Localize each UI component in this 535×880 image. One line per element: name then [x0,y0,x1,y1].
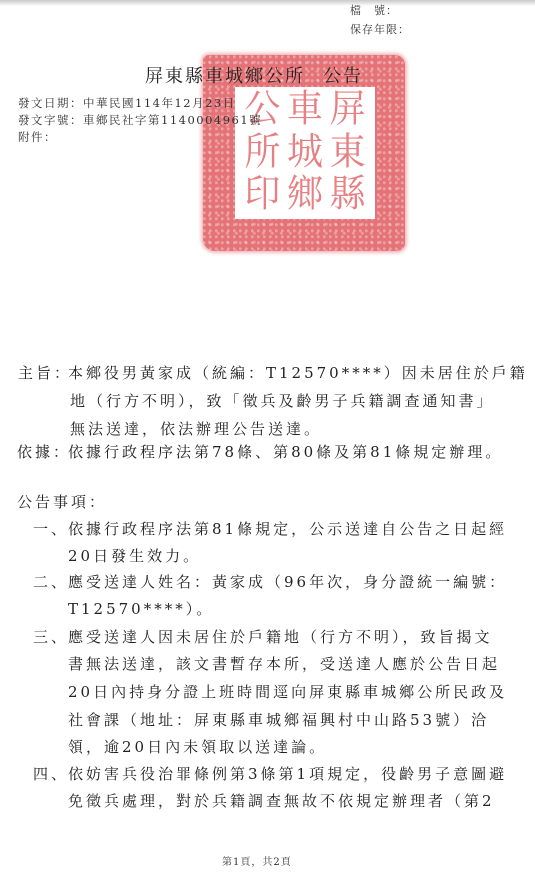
notice-item-line: 20日發生效力。 [68,545,201,566]
reference-number-row: 發文字號：車鄉民社字第1140004961號 [18,112,262,129]
reference-number-label: 發文字號： [18,113,83,127]
notice-item-line: 應受送達人姓名：黃家成（96年次，身分證統一編號： [68,571,507,592]
file-number-field: 檔 號： [350,2,398,18]
retention-period-field: 保存年限： [350,21,410,37]
document-type: 公告 [323,66,363,87]
notice-item-line: 依據行政程序法第81條規定，公示送達自公告之日起經 [68,518,507,539]
file-number-label: 檔 號： [350,4,398,17]
attachment-row: 附件： [18,129,57,146]
notice-item-line: 20日內持身分證上班時間逕向屏東縣車城鄉公所民政及 [68,681,507,702]
agency-name: 屏東縣車城鄉公所 [145,66,305,87]
issue-date-value: 中華民國114年12月23日 [83,96,236,110]
notice-heading: 公告事項： [17,491,107,512]
subject-label: 主旨： [18,362,72,383]
subject-line: 無法送達，依法辦理公告送達。 [70,418,322,439]
seal-inner-box: 屏 東 縣 車 城 鄉 公 所 印 [235,87,375,219]
seal-char: 縣 [326,173,369,218]
notice-item-number: 一、 [33,518,69,539]
seal-char: 印 [241,173,284,218]
page-number: 第1頁，共2頁 [222,853,292,868]
subject-line: 本鄉役男黃家成（統編：T12570****）因未居住於戶籍 [68,362,528,383]
basis-text: 依據行政程序法第78條、第80條及第81條規定辦理。 [68,441,503,462]
notice-item-line: 應受送達人因未居住於戶籍地（行方不明），致旨揭文 [68,626,493,647]
retention-period-label: 保存年限： [350,23,410,36]
issue-date-label: 發文日期： [18,96,83,110]
notice-item-line: T12570****）。 [68,598,214,619]
notice-item-line: 免徵兵處理，對於兵籍調查無故不依規定辦理者（第2 [68,790,495,811]
notice-item-line: 依妨害兵役治罪條例第3條第1項規定，役齡男子意圖避 [68,763,507,784]
seal-char: 鄉 [284,173,327,218]
seal-char: 東 [326,131,369,176]
basis-label: 依據： [17,441,71,462]
notice-item-number: 三、 [33,626,69,647]
seal-char: 城 [284,131,327,176]
seal-char: 車 [284,88,327,133]
notice-item-line: 領，逾20日內未領取以送達論。 [68,736,327,757]
notice-item-line: 社會課（地址：屏東縣車城鄉福興村中山路53號）洽 [68,709,489,730]
attachment-label: 附件： [18,130,57,144]
notice-item-number: 二、 [33,571,69,592]
seal-char: 屏 [326,88,369,133]
subject-line: 地（行方不明），致「徵兵及齡男子兵籍調查通知書」 [70,390,495,411]
reference-number-value: 車鄉民社字第1140004961號 [83,113,262,127]
notice-item-number: 四、 [33,763,69,784]
page-top-edge [0,0,535,6]
seal-char: 所 [241,131,284,176]
notice-item-line: 書無法送達，該文書暫存本所，受送達人應於公告日起 [68,653,500,674]
issue-date-row: 發文日期：中華民國114年12月23日 [18,95,236,112]
document-title: 屏東縣車城鄉公所公告 [145,62,363,88]
